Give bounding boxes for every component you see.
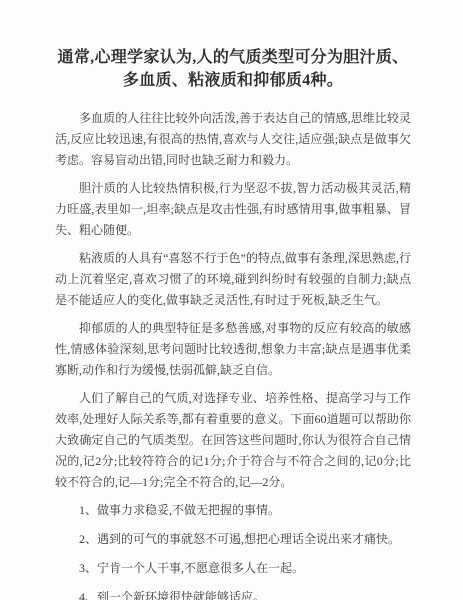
paragraph-test-instructions: 人们了解自己的气质,对选择专业、培养性格、提高学习与工作效率,处理好人际关系等,… — [55, 388, 411, 493]
paragraph-sanguine: 多血质的人往往比较外向活泼,善于表达自己的情感,思维比较灵活,反应比较迅速,有很… — [55, 108, 411, 171]
paragraph-phlegmatic: 粘液质的人具有“喜怒不行于色”的特点,做事有条理,深思熟虑,行动上沉着坚定,喜欢… — [55, 248, 411, 311]
question-item-2: 2、遇到的可气的事就怒不可遏,想把心理话全说出来才痛快。 — [55, 529, 411, 550]
question-item-3: 3、宁肯一个人干事,不愿意很多人在一起。 — [55, 558, 411, 579]
scanned-document-page: 通常,心理学家认为,人的气质类型可分为胆汁质、多血质、粘液质和抑郁质4种。 多血… — [0, 0, 463, 600]
document-content: 通常,心理学家认为,人的气质类型可分为胆汁质、多血质、粘液质和抑郁质4种。 多血… — [0, 0, 463, 600]
document-title: 通常,心理学家认为,人的气质类型可分为胆汁质、多血质、粘液质和抑郁质4种。 — [55, 46, 411, 92]
question-list: 1、做事力求稳妥,不做无把握的事情。 2、遇到的可气的事就怒不可遏,想把心理话全… — [55, 500, 411, 600]
question-item-1: 1、做事力求稳妥,不做无把握的事情。 — [55, 500, 411, 521]
question-item-4: 4、到一个新环境很快就能够适应。 — [55, 587, 411, 600]
paragraph-choleric: 胆汁质的人比较热情积极,行为坚忍不拔,智力活动极其灵活,精力旺盛,表里如一,坦率… — [55, 178, 411, 241]
paragraph-melancholic: 抑郁质的人的典型特征是多愁善感,对事物的反应有较高的敏感性,情感体验深刻,思考问… — [55, 318, 411, 381]
